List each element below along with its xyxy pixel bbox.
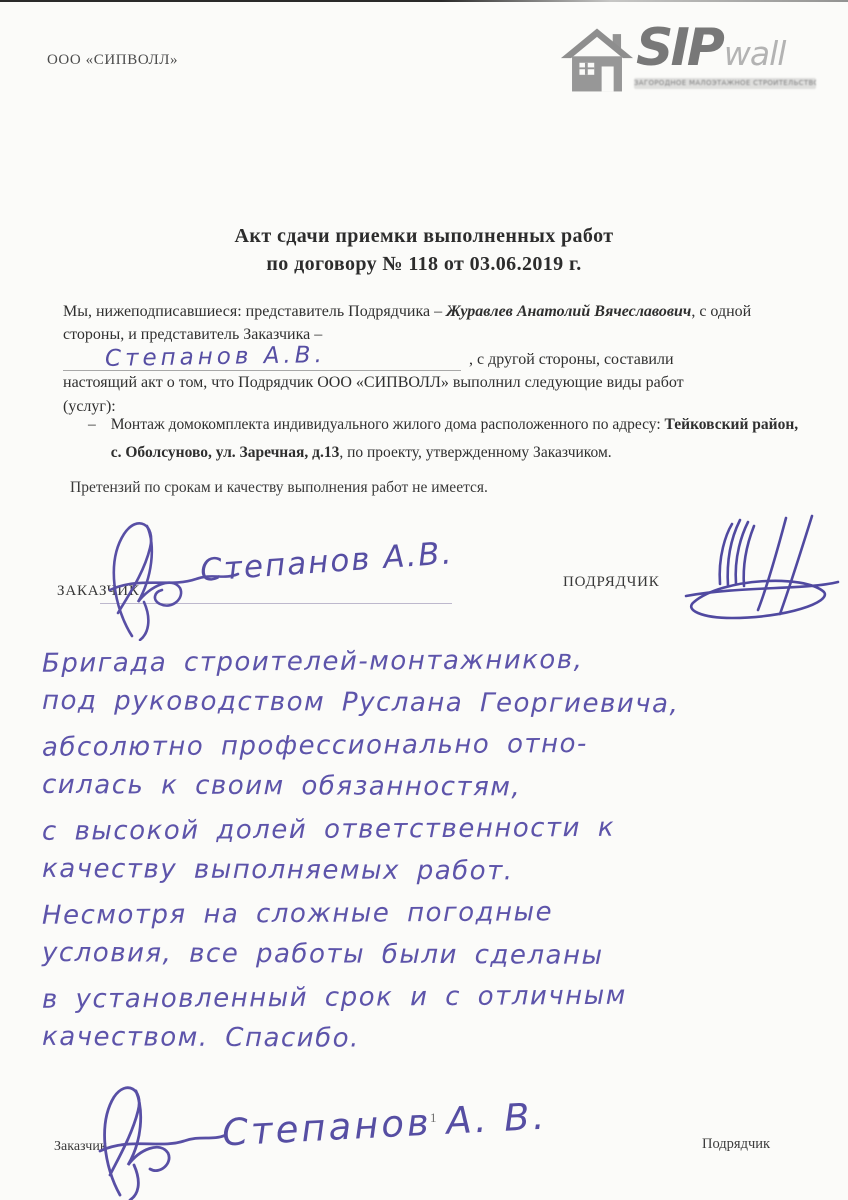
document-title: Акт сдачи приемки выполненных работ по д… bbox=[0, 222, 848, 278]
handwritten-review: Бригада строителей-монтажников, под руко… bbox=[42, 646, 836, 1066]
work-text-before: Монтаж домокомплекта индивидуального жил… bbox=[111, 416, 665, 433]
customer-fillin-row: Степанов А.В. , с другой стороны, состав… bbox=[63, 341, 803, 371]
handwritten-line: Бригада строителей-монтажников, bbox=[42, 643, 836, 691]
brand-wall: wall bbox=[724, 34, 786, 73]
handwritten-line: силась к своим обязанностям, bbox=[42, 770, 836, 816]
scan-artifact-line bbox=[0, 0, 848, 2]
title-line-2: по договору № 118 от 03.06.2019 г. bbox=[0, 250, 848, 278]
title-line-1: Акт сдачи приемки выполненных работ bbox=[0, 222, 848, 250]
work-text-after: , по проекту, утвержденному Заказчиком. bbox=[339, 444, 611, 461]
handwritten-line: качеством. Спасибо. bbox=[42, 1022, 836, 1068]
company-header: ООО «СИПВОЛЛ» bbox=[47, 52, 178, 69]
handwritten-line: качеству выполняемых работ. bbox=[42, 854, 836, 900]
intro-part1: Мы, нижеподписавшиеся: представитель Под… bbox=[63, 303, 446, 320]
intro-part3: настоящий акт о том, что Подрядчик ООО «… bbox=[63, 371, 803, 395]
handwritten-line: под руководством Руслана Георгиевича, bbox=[42, 686, 836, 732]
footer-contractor-label: Подрядчик bbox=[702, 1136, 770, 1153]
work-item-text: Монтаж домокомплекта индивидуального жил… bbox=[111, 411, 800, 466]
fillin-underline: Степанов А.В. bbox=[63, 342, 461, 371]
bullet-dash: – bbox=[88, 411, 96, 466]
logo-tagline: ЗАГОРОДНОЕ МАЛОЭТАЖНОЕ СТРОИТЕЛЬСТВО bbox=[634, 78, 816, 89]
after-fillin-text: , с другой стороны, составили bbox=[469, 351, 674, 371]
handwritten-line: условия, все работы были сделаны bbox=[42, 938, 836, 984]
brand-sip: SIP bbox=[636, 18, 722, 78]
work-item: – Монтаж домокомплекта индивидуального ж… bbox=[88, 411, 800, 466]
intro-paragraph: Мы, нижеподписавшиеся: представитель Под… bbox=[63, 300, 791, 346]
contractor-signature-scribble bbox=[636, 506, 841, 631]
handwritten-line: в установленный срок и с отличным bbox=[42, 979, 836, 1027]
handwritten-line: Несмотря на сложные погодные bbox=[42, 895, 836, 943]
customer-handwritten-name: Степанов А.В. bbox=[105, 342, 326, 372]
handwritten-line: абсолютно профессионально отно- bbox=[42, 727, 836, 775]
footer-customer-signature-scribble bbox=[84, 1083, 244, 1200]
handwritten-line: с высокой долей ответственности к bbox=[42, 811, 836, 859]
house-icon bbox=[560, 26, 634, 94]
contractor-representative-name: Журавлев Анатолий Вячеславович bbox=[446, 303, 691, 320]
brand-wordmark: SIPwall bbox=[636, 18, 785, 78]
scanned-document-page: ООО «СИПВОЛЛ» SIPwall ЗАГОРОДНОЕ МАЛОЭТА… bbox=[0, 0, 848, 1200]
footer-customer-signature-name: Степанов А. В. bbox=[221, 1095, 548, 1155]
claims-statement: Претензий по срокам и качеству выполнени… bbox=[70, 479, 488, 497]
sipwall-logo: SIPwall ЗАГОРОДНОЕ МАЛОЭТАЖНОЕ СТРОИТЕЛЬ… bbox=[560, 24, 832, 104]
page-number: 1 bbox=[430, 1110, 437, 1126]
